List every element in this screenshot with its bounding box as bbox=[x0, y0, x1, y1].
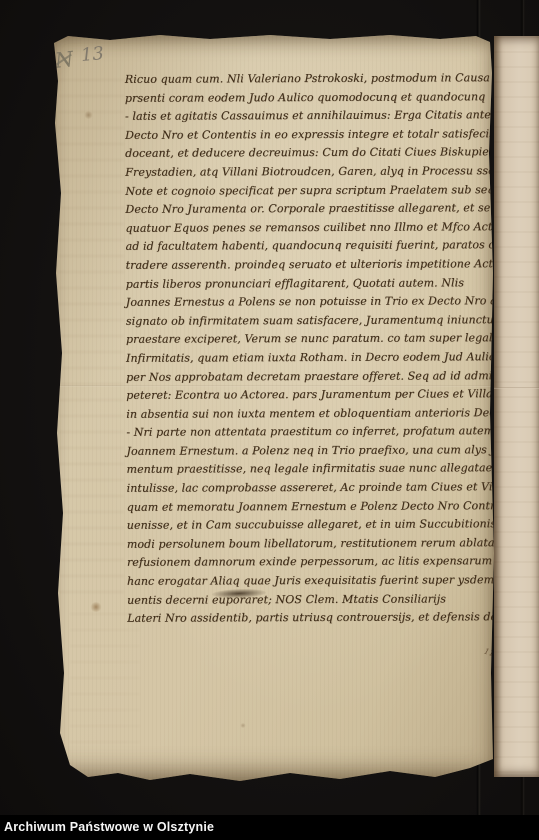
manuscript-line: Ricuo quam cum. Nli Valeriano Pstrokoski… bbox=[125, 69, 497, 89]
manuscript-line: signato ob infirmitatem suam satisfacere… bbox=[126, 311, 498, 331]
paper-stain bbox=[240, 723, 246, 728]
manuscript-line: Joannem Ernestum. a Polenz neq in Trio p… bbox=[126, 441, 498, 461]
pencil-monogram-mark: N bbox=[54, 47, 75, 73]
manuscript-line: Infirmitatis, quam etiam iuxta Rotham. i… bbox=[126, 348, 498, 368]
manuscript-line: partis liberos pronunciari efflagitarent… bbox=[126, 274, 498, 294]
verso-bleed-through bbox=[58, 79, 124, 599]
manuscript-line: Decto Nro et Contentis in eo expressis i… bbox=[125, 125, 497, 145]
manuscript-line: Lateri Nro assidentib, partis utriusq co… bbox=[127, 608, 499, 628]
manuscript-line: hanc erogatar Aliaq quae Juris exequisit… bbox=[127, 571, 499, 591]
manuscript-line: per Nos approbatam decretam praestare of… bbox=[126, 367, 498, 387]
archive-caption-bar: Archiwum Państwowe w Olsztynie bbox=[0, 815, 539, 840]
manuscript-line: praestare exciperet, Verum se nunc parat… bbox=[126, 330, 498, 350]
manuscript-line: in absentia sui non iuxta mentem et oblo… bbox=[126, 404, 498, 424]
manuscript-line: - Nri parte non attentata praestitum co … bbox=[126, 422, 498, 442]
manuscript-line: quam et memoratu Joannem Ernestum e Pole… bbox=[127, 497, 499, 517]
manuscript-line: uenisse, et in Cam succubuisse allegaret… bbox=[127, 515, 499, 535]
manuscript-line: Freystadien, atq Villani Biotroudcen, Ga… bbox=[125, 162, 497, 182]
adjacent-page-edge bbox=[494, 36, 539, 777]
paper-stain bbox=[90, 602, 102, 612]
archival-scan-viewport: N 13 / 11 Ricuo quam cum. Nli Valeriano … bbox=[0, 0, 539, 840]
pencil-page-number: 13 bbox=[80, 43, 105, 66]
manuscript-line: uentis decerni euporaret; NOS Clem. Mtat… bbox=[127, 590, 499, 610]
paper-stain bbox=[84, 111, 93, 119]
manuscript-line: quatuor Equos penes se remansos cuilibet… bbox=[125, 218, 497, 238]
manuscript-line: Decto Nro Juramenta or. Corporale praest… bbox=[125, 199, 497, 219]
pencil-margin-tick: / bbox=[45, 175, 54, 190]
manuscript-line: ad id facultatem habenti, quandocunq req… bbox=[126, 237, 498, 257]
manuscript-line: modi persolunem boum libellatorum, resti… bbox=[127, 534, 499, 554]
manuscript-text: Ricuo quam cum. Nli Valeriano Pstrokoski… bbox=[125, 69, 499, 628]
manuscript-line: intulisse, lac comprobasse assereret, Ac… bbox=[127, 478, 499, 498]
manuscript-line: - latis et agitatis Cassauimus et annihi… bbox=[125, 106, 497, 126]
manuscript-line: prsenti coram eodem Judo Aulico quomodoc… bbox=[125, 88, 497, 108]
manuscript-line: Joannes Ernestus a Polens se non potuiss… bbox=[126, 292, 498, 312]
manuscript-line: tradere asserenth. proindeq seruato et u… bbox=[126, 255, 498, 275]
manuscript-line: refusionem damnorum exinde perpessorum, … bbox=[127, 553, 499, 573]
manuscript-line: Note et cognoio specificat per supra scr… bbox=[125, 181, 497, 201]
manuscript-page: N 13 / 11 Ricuo quam cum. Nli Valeriano … bbox=[40, 33, 496, 781]
manuscript-line: peteret: Econtra uo Actorea. pars Jurame… bbox=[126, 385, 498, 405]
verso-bleed-through bbox=[70, 613, 140, 753]
manuscript-line: doceant, et deducere decreuimus: Cum do … bbox=[125, 144, 497, 164]
manuscript-line: mentum praestitisse, neq legale infirmit… bbox=[126, 460, 498, 480]
archive-caption-label: Archiwum Państwowe w Olsztynie bbox=[0, 815, 539, 839]
